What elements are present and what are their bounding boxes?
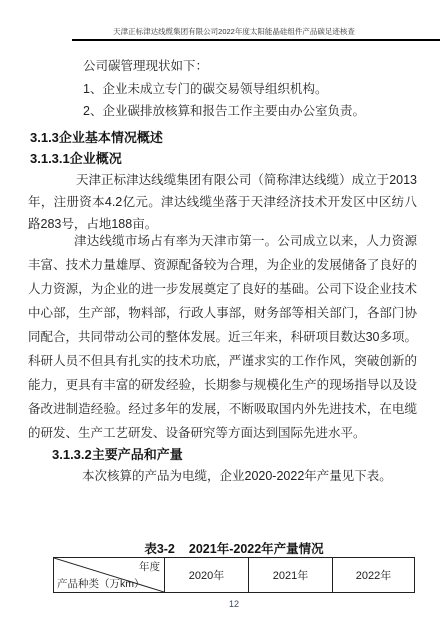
table-corner-cell: 年度 产品种类（万km） <box>54 558 164 592</box>
production-table: 年度 产品种类（万km） 2020年 2021年 2022年 <box>53 557 415 593</box>
corner-label-year: 年度 <box>139 559 160 574</box>
list-item-2: 2、企业碳排放核算和报告工作主要由办公室负责。 <box>83 101 365 119</box>
header-divider <box>72 39 440 41</box>
page-number: 12 <box>20 599 448 609</box>
company-profile-paragraph: 天津正标津达线缆集团有限公司（简称津达线缆）成立于2013年，注册资本4.2亿元… <box>28 169 417 235</box>
table-caption-label: 表3-2 <box>144 542 175 556</box>
list-item-1: 1、企业未成立专门的碳交易领导组织机构。 <box>83 79 327 97</box>
document-page: 天津正标津达线缆集团有限公司2022年度太阳能晶硅组件产品碳足迹核查 公司碳管理… <box>0 0 448 641</box>
running-header-title: 天津正标津达线缆集团有限公司2022年度太阳能晶硅组件产品碳足迹核查 <box>24 26 444 37</box>
heading-3-1-3: 3.1.3企业基本情况概述 <box>30 127 163 146</box>
table-header-2022: 2022年 <box>332 558 414 592</box>
corner-label-product: 产品种类（万km） <box>57 576 145 591</box>
table-caption: 表3-22021年-2022年产量情况 <box>53 539 415 557</box>
table-caption-title: 2021年-2022年产量情况 <box>189 542 324 556</box>
products-paragraph: 本次核算的产品为电缆，企业2020-2022年产量见下表。 <box>82 466 392 484</box>
table-header-2021: 2021年 <box>248 558 332 592</box>
intro-line: 公司碳管理现状如下： <box>83 56 208 74</box>
table-header-2020: 2020年 <box>164 558 248 592</box>
company-strength-paragraph: 津达线缆市场占有率为天津市第一。公司成立以来，人力资源丰富、技术力量雄厚、资源配… <box>28 229 417 445</box>
heading-3-1-3-2: 3.1.3.2主要产品和产量 <box>52 444 183 463</box>
heading-3-1-3-1: 3.1.3.1企业概况 <box>30 148 122 167</box>
